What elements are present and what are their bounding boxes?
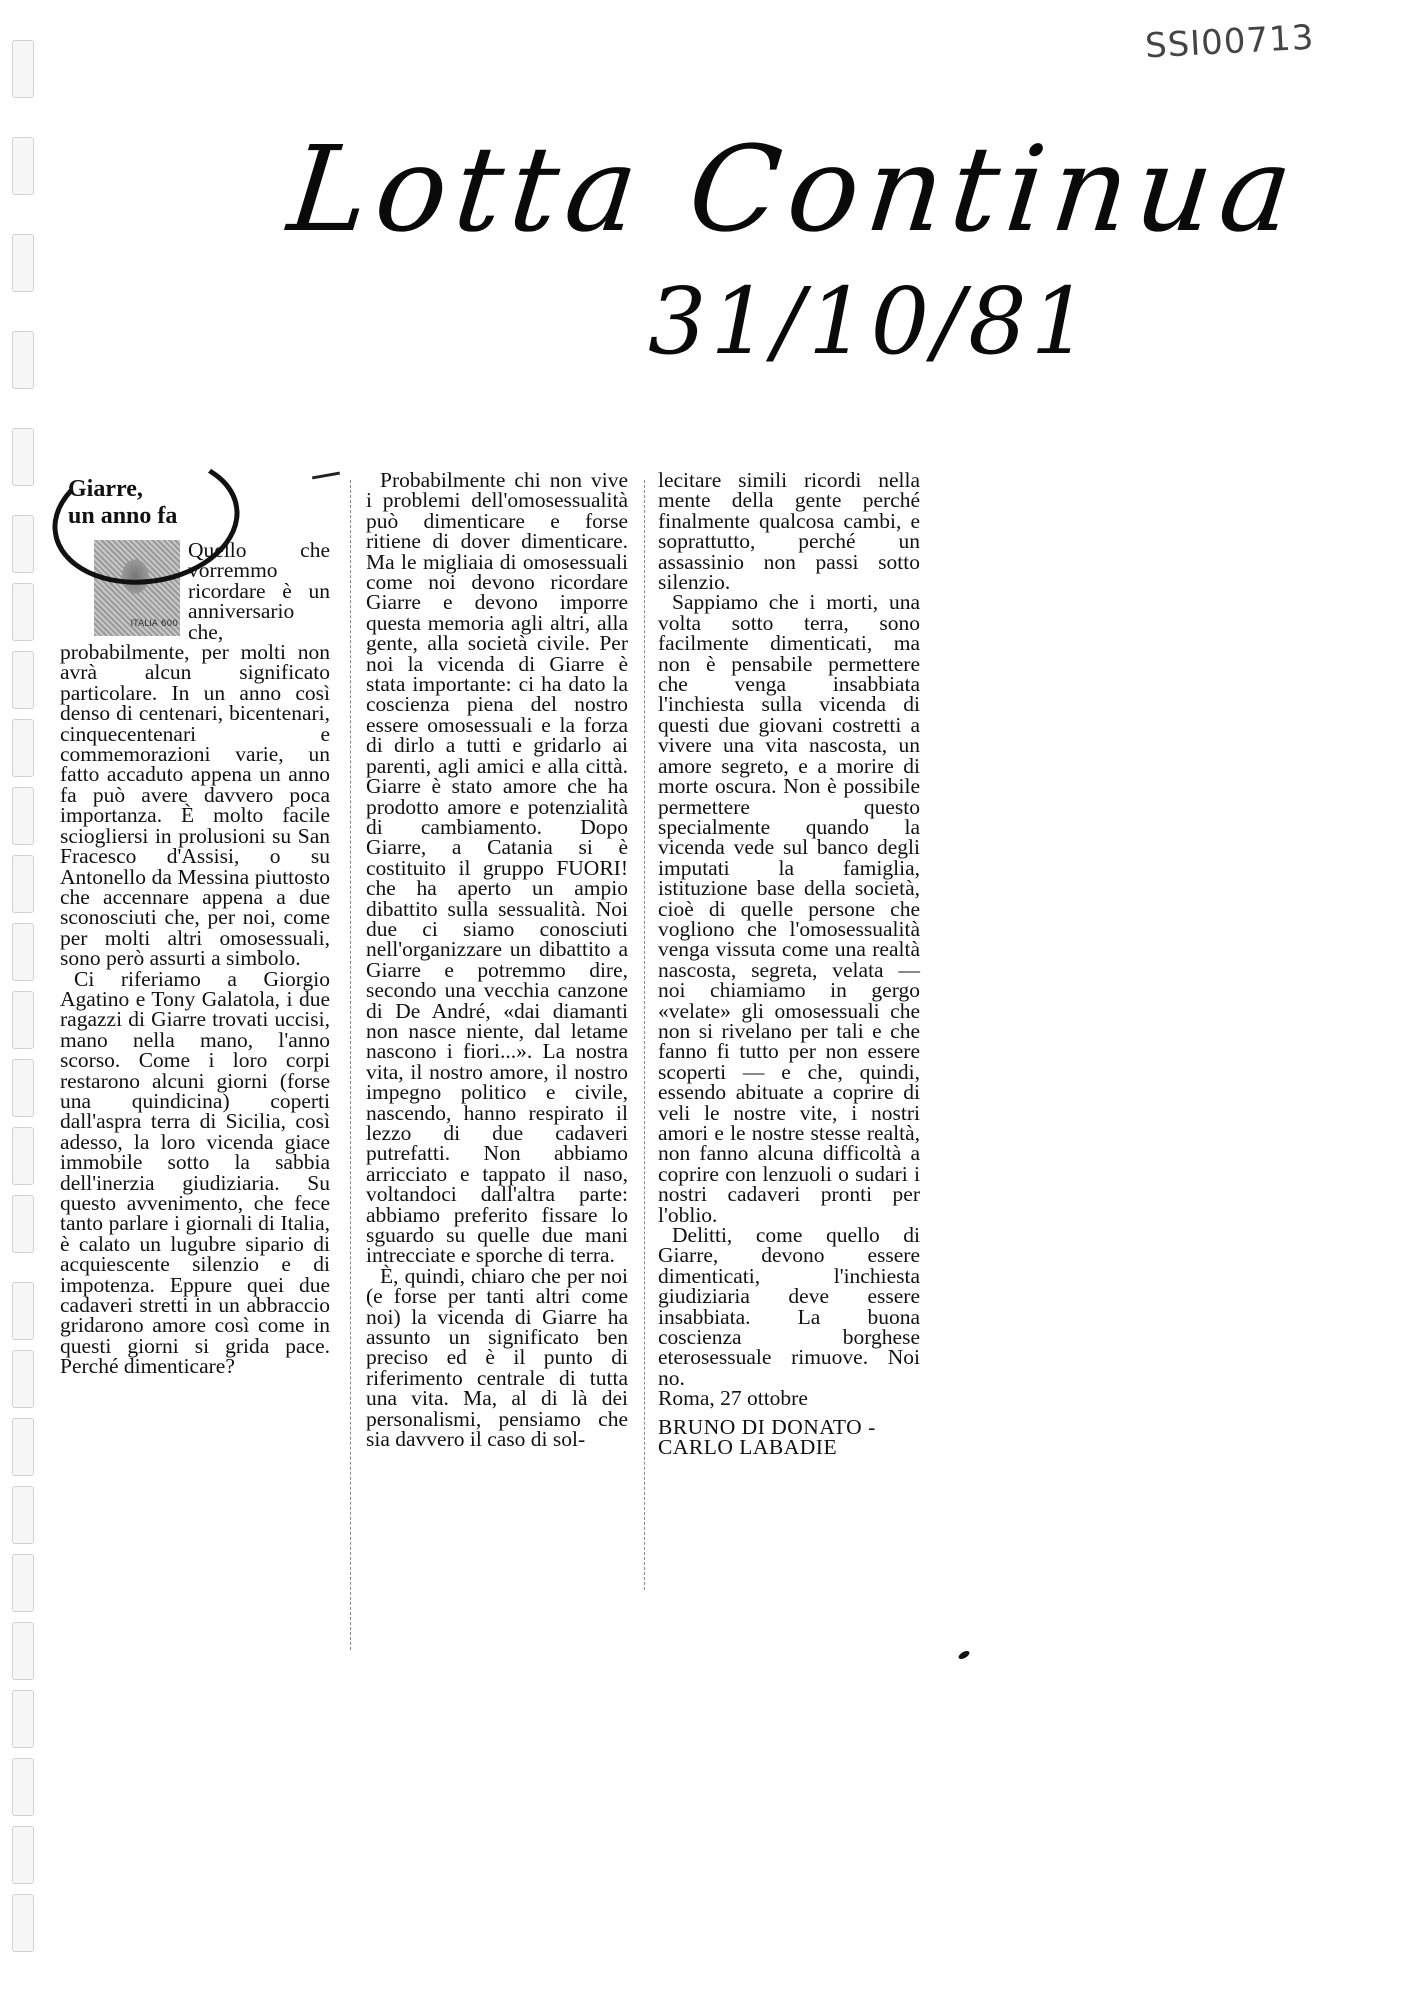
byline-line-1: BRUNO DI DONATO -: [658, 1417, 920, 1437]
headline-line-2: un anno fa: [68, 503, 330, 530]
binding-hole: [12, 1350, 34, 1408]
binding-hole: [12, 1826, 34, 1884]
newspaper-clipping: Giarre, un anno fa ITALIA 600 Quello che…: [60, 470, 920, 1700]
article-column-3: lecitare simili ricordi nella mente dell…: [658, 470, 920, 1458]
binding-hole: [12, 651, 34, 709]
photo-caption: ITALIA 600: [96, 614, 178, 634]
binding-hole: [12, 583, 34, 641]
binding-hole: [12, 1127, 34, 1185]
binding-hole: [12, 1554, 34, 1612]
column-divider: [350, 480, 351, 1650]
binding-hole: [12, 40, 34, 98]
binding-hole: [12, 855, 34, 913]
binding-hole: [12, 991, 34, 1049]
binding-hole: [12, 923, 34, 981]
binding-hole: [12, 234, 34, 292]
binding-hole: [12, 1622, 34, 1680]
binding-hole: [12, 1758, 34, 1816]
article-paragraph: Delitti, come quello di Giarre, devono e…: [658, 1225, 920, 1388]
binding-hole: [12, 1195, 34, 1253]
article-dateline: Roma, 27 ottobre: [658, 1388, 920, 1408]
binding-hole: [12, 1486, 34, 1544]
article-byline: BRUNO DI DONATO - CARLO LABADIE: [658, 1417, 920, 1458]
article-column-1: Giarre, un anno fa ITALIA 600 Quello che…: [60, 470, 330, 1377]
binding-hole: [12, 719, 34, 777]
column-divider: [644, 480, 645, 1590]
article-paragraph: Sappiamo che i morti, una volta sotto te…: [658, 592, 920, 1225]
article-headline: Giarre, un anno fa: [68, 476, 330, 530]
binding-hole: [12, 515, 34, 573]
binding-hole: [12, 1690, 34, 1748]
headline-line-1: Giarre,: [68, 476, 330, 503]
article-paragraph: lecitare simili ricordi nella mente dell…: [658, 470, 920, 592]
handwritten-date: 31/10/81: [648, 268, 1093, 375]
binding-hole: [12, 428, 34, 486]
binding-hole: [12, 1059, 34, 1117]
binding-holes: [12, 0, 36, 2000]
article-paragraph: Ci riferiamo a Giorgio Agatino e Tony Ga…: [60, 969, 330, 1377]
article-column-2: Probabilmente chi non vive i problemi de…: [366, 470, 628, 1450]
binding-hole: [12, 787, 34, 845]
binding-hole: [12, 331, 34, 389]
handwritten-publication: Lotta Continua: [283, 120, 1306, 258]
ink-mark: [957, 1649, 970, 1660]
binding-hole: [12, 1418, 34, 1476]
binding-hole: [12, 1282, 34, 1340]
byline-line-2: CARLO LABADIE: [658, 1437, 920, 1457]
article-paragraph: Probabilmente chi non vive i problemi de…: [366, 470, 628, 1266]
article-paragraph: È, quindi, chiaro che per noi (e forse p…: [366, 1266, 628, 1450]
binding-hole: [12, 137, 34, 195]
binding-hole: [12, 1894, 34, 1952]
archive-code: SSI00713: [1144, 18, 1315, 67]
